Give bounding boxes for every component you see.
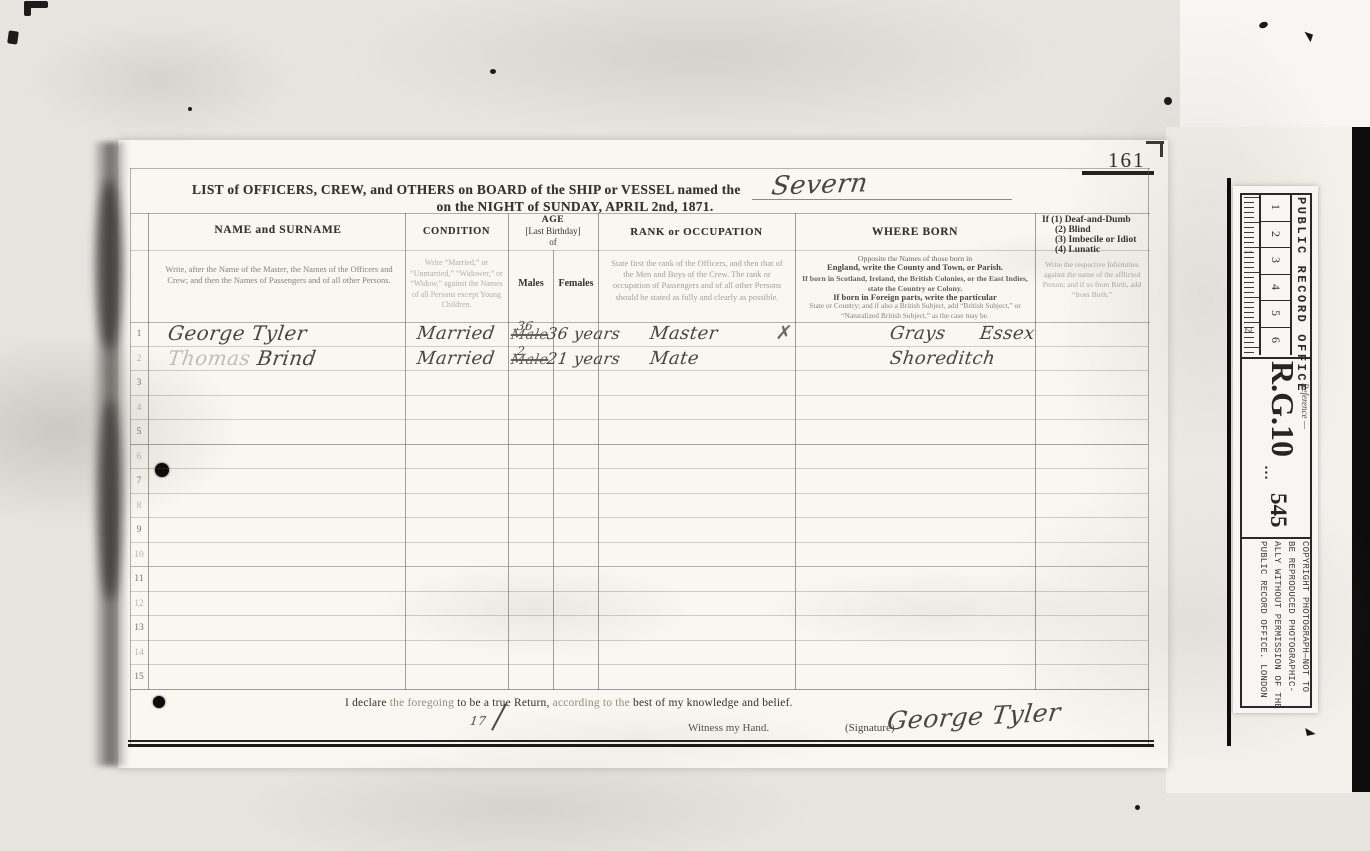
ruler-number: 2 — [1264, 231, 1288, 237]
copyright-line: ALLY WITHOUT PERMISSION OF THE — [1269, 541, 1283, 708]
cell-age-females — [551, 494, 599, 518]
cell-age-females — [551, 641, 599, 665]
grid-line — [130, 250, 1150, 251]
cell-name — [146, 567, 406, 591]
declaration-part: the foregoing — [390, 697, 457, 709]
note-infirmity: Write the respective Infirmities against… — [1042, 260, 1142, 300]
witness-text: Witness my Hand. — [688, 722, 769, 734]
table-row: 2 Thomas Brind Married 2Male 21 years Ma… — [130, 347, 1148, 372]
cell-condition — [403, 518, 509, 542]
ruler-cell: 1 — [1261, 195, 1290, 222]
cell-age-females — [551, 371, 599, 395]
ruler-number: 1 — [1264, 204, 1288, 210]
age-struck-word — [510, 572, 512, 588]
ruler-scale-label: 2 — [1243, 328, 1253, 333]
ruler-number-cells: 1 2 3 4 5 6 — [1259, 195, 1292, 355]
rank-value: Master — [649, 323, 720, 344]
cell-name — [146, 396, 406, 420]
cell-age-males — [506, 420, 554, 444]
cell-condition: Married — [403, 347, 509, 371]
cell-infirmity — [1033, 322, 1149, 346]
cell-name — [146, 445, 406, 469]
scan-artifact — [24, 1, 31, 16]
row-number: 14 — [130, 641, 148, 665]
cell-born — [793, 420, 1036, 444]
reference-series: R.G.10 — [1264, 361, 1301, 457]
table-row: 14 — [130, 641, 1148, 666]
ruler-medium-ticks — [1244, 197, 1259, 357]
table-row: 11 — [130, 567, 1148, 592]
cell-infirmity — [1033, 665, 1149, 689]
cell-born — [793, 543, 1036, 567]
cell-age-males — [506, 445, 554, 469]
cell-rank — [596, 371, 796, 395]
cell-age-females — [551, 518, 599, 542]
cell-born — [793, 396, 1036, 420]
cell-born — [793, 616, 1036, 640]
ruler-cell: 4 — [1261, 275, 1290, 302]
binding-shadow-blob — [98, 400, 122, 600]
age-struck-word — [510, 548, 512, 564]
cell-name — [146, 641, 406, 665]
cell-born — [793, 641, 1036, 665]
cell-age-males — [506, 396, 554, 420]
ruler-cell: 5 — [1261, 301, 1290, 328]
age-struck-word — [510, 401, 512, 417]
header-infirmity-line1: If (1) Deaf-and-Dumb — [1042, 215, 1131, 225]
row-number: 12 — [130, 592, 148, 616]
cell-born — [793, 592, 1036, 616]
cell-age-females — [551, 543, 599, 567]
header-name: NAME and SURNAME — [158, 224, 398, 236]
age-struck-word — [510, 376, 512, 392]
cell-condition — [403, 592, 509, 616]
header-age-line1: AGE — [508, 215, 598, 225]
cell-condition — [403, 567, 509, 591]
cell-name — [146, 543, 406, 567]
cell-born — [793, 445, 1036, 469]
cell-born: Shoreditch — [793, 347, 1036, 371]
row-number: 10 — [130, 543, 148, 567]
cell-age-males — [506, 592, 554, 616]
cell-age-females — [551, 469, 599, 493]
row-number: 11 — [130, 567, 148, 591]
row-number: 13 — [130, 616, 148, 640]
cell-condition — [403, 371, 509, 395]
cell-born — [793, 494, 1036, 518]
cell-rank — [596, 665, 796, 689]
cell-age-females: 36 years — [551, 322, 599, 346]
table-row: 3 — [130, 371, 1148, 396]
header-females: Females — [554, 278, 598, 289]
grid-line — [130, 213, 1150, 214]
header-infirmity-line4: (4) Lunatic — [1055, 245, 1100, 255]
cell-rank — [596, 469, 796, 493]
cell-name — [146, 420, 406, 444]
cell-infirmity — [1033, 469, 1149, 493]
cell-age-males — [506, 616, 554, 640]
age-struck-word — [510, 523, 512, 539]
table-row: 10 — [130, 543, 1148, 568]
scan-black-edge — [1352, 127, 1370, 792]
cell-name — [146, 518, 406, 542]
rank-value: Mate — [649, 348, 701, 369]
cell-name — [146, 665, 406, 689]
header-infirmity-line3: (3) Imbecile or Idiot — [1055, 235, 1136, 245]
cell-condition — [403, 616, 509, 640]
cell-name: Thomas Brind — [146, 347, 406, 371]
reference-dots: … — [1260, 465, 1277, 480]
copyright-line: PUBLIC RECORD OFFICE. LONDON — [1255, 541, 1269, 708]
header-rank: RANK or OCCUPATION — [598, 226, 795, 238]
card-edge-line — [1227, 178, 1231, 746]
table-row: 7 — [130, 469, 1148, 494]
check-mark: ✗ — [774, 322, 794, 345]
cell-infirmity — [1033, 371, 1149, 395]
table-row: 4 — [130, 396, 1148, 421]
table-row: 13 — [130, 616, 1148, 641]
cell-age-females — [551, 592, 599, 616]
ruler-cell: 6 — [1261, 328, 1290, 355]
ruler-scale-label: 1 — [1243, 250, 1253, 255]
age-struck-word: Male — [510, 352, 550, 368]
cell-rank: Master✗ — [596, 322, 796, 346]
ruler-cell: 2 — [1261, 222, 1290, 249]
cell-name — [146, 592, 406, 616]
cell-condition — [403, 445, 509, 469]
table-row: 5 — [130, 420, 1148, 445]
cell-age-males — [506, 494, 554, 518]
cell-rank — [596, 518, 796, 542]
age-struck-word — [510, 499, 512, 515]
cell-rank — [596, 641, 796, 665]
cell-age-males — [506, 567, 554, 591]
form-title-line1: LIST of OFFICERS, CREW, and OTHERS on BO… — [192, 182, 741, 198]
cell-born — [793, 567, 1036, 591]
cell-rank — [596, 420, 796, 444]
reference-piece-number: 545 — [1265, 493, 1291, 528]
age-struck-word — [510, 621, 512, 637]
cell-age-females: 21 years — [551, 347, 599, 371]
copyright-notice: COPYRIGHT PHOTOGRAPH—NOT TO BE REPRODUCE… — [1245, 541, 1311, 708]
cell-name — [146, 494, 406, 518]
ruler-number: 4 — [1264, 284, 1288, 290]
row-number: 3 — [130, 371, 148, 395]
cell-condition: Married — [403, 322, 509, 346]
table-row: 8 — [130, 494, 1148, 519]
row-number: 4 — [130, 396, 148, 420]
cell-name — [146, 469, 406, 493]
public-record-office-text: PUBLIC RECORD OFFICE — [1290, 197, 1312, 357]
name-faded-part: Thomas — [166, 346, 252, 370]
binding-shadow-blob — [96, 180, 122, 350]
cell-age-females — [551, 396, 599, 420]
age-struck-word — [510, 597, 512, 613]
cell-infirmity — [1033, 567, 1149, 591]
cell-rank — [596, 616, 796, 640]
row-number: 2 — [130, 347, 148, 371]
declaration-part: according to the — [553, 697, 633, 709]
cell-condition — [403, 494, 509, 518]
cell-age-males — [506, 469, 554, 493]
cell-rank — [596, 494, 796, 518]
border-dark-segment — [1082, 171, 1154, 175]
header-age-line3: of — [508, 237, 598, 247]
header-born: WHERE BORN — [795, 226, 1035, 238]
table-row: 6 — [130, 445, 1148, 470]
cell-condition — [403, 469, 509, 493]
age-struck-word: Male — [510, 327, 550, 343]
copyright-line: BE REPRODUCED PHOTOGRAPHIC- — [1283, 541, 1297, 708]
form-bottom-rule — [128, 744, 1154, 747]
cell-condition — [403, 665, 509, 689]
note-born-p3b: State or Country; and if also a British … — [798, 301, 1032, 321]
ruler-cell: 3 — [1261, 248, 1290, 275]
ruler-number: 5 — [1264, 310, 1288, 316]
cell-age-males — [506, 371, 554, 395]
ruler-number: 3 — [1264, 257, 1288, 263]
header-infirmity-line2: (2) Blind — [1055, 225, 1091, 235]
cell-infirmity — [1033, 494, 1149, 518]
cell-born — [793, 371, 1036, 395]
age-struck-word — [510, 646, 512, 662]
cell-age-males — [506, 543, 554, 567]
punch-hole — [153, 696, 165, 708]
header-condition: CONDITION — [405, 226, 508, 237]
cell-infirmity — [1033, 396, 1149, 420]
cell-age-females — [551, 420, 599, 444]
row-number: 9 — [130, 518, 148, 542]
table-row: 12 — [130, 592, 1148, 617]
vessel-name-handwritten: Severn — [770, 168, 870, 201]
form-bottom-rule — [128, 740, 1154, 742]
cell-rank — [596, 567, 796, 591]
scan-artifact — [7, 30, 19, 44]
row-number: 5 — [130, 420, 148, 444]
cell-infirmity — [1033, 641, 1149, 665]
grid-line — [130, 689, 1150, 690]
form-border-top — [130, 168, 1150, 169]
header-age-line2: [Last Birthday] — [508, 226, 598, 236]
note-rank: State first the rank of the Officers, an… — [606, 258, 788, 303]
note-born-p1b: England, write the County and Town, or P… — [800, 262, 1030, 273]
cell-infirmity — [1033, 420, 1149, 444]
cell-infirmity — [1033, 347, 1149, 371]
row-number: 7 — [130, 469, 148, 493]
cell-infirmity — [1033, 592, 1149, 616]
age-struck-word — [510, 474, 512, 490]
cell-name — [146, 616, 406, 640]
cell-name: George Tyler — [146, 322, 406, 346]
form-border-right — [1148, 168, 1149, 746]
sheet-corner-mark — [1160, 141, 1163, 157]
reference-block: Reference — R.G.10 … 545 — [1245, 361, 1311, 541]
scan-artifact — [188, 107, 192, 111]
table-body: 1 George Tyler Married 36Male 36 years M… — [130, 322, 1148, 690]
table-row: 1 George Tyler Married 36Male 36 years M… — [130, 322, 1148, 347]
card-section-divider — [1242, 537, 1310, 539]
reference-card-box: 1 2 1 2 3 4 5 6 PUBLIC RECORD OFFICE Ref… — [1240, 193, 1312, 708]
cell-condition — [403, 543, 509, 567]
cell-age-males — [506, 665, 554, 689]
age-struck-word — [510, 670, 512, 686]
cell-born — [793, 665, 1036, 689]
row-number: 1 — [130, 322, 148, 346]
scan-artifact — [1164, 97, 1172, 105]
cell-condition — [403, 641, 509, 665]
note-condition: Write “Married,” or “Unmarried,” “Widowe… — [410, 258, 503, 311]
cell-born: Grays Essex — [793, 322, 1036, 346]
cell-age-females — [551, 567, 599, 591]
table-row: 9 — [130, 518, 1148, 543]
note-name: Write, after the Name of the Master, the… — [165, 264, 393, 286]
age-struck-word — [510, 450, 512, 466]
declaration-part: I declare — [345, 697, 390, 709]
page-number: 161 — [1108, 148, 1146, 173]
cell-infirmity — [1033, 518, 1149, 542]
copyright-line: COPYRIGHT PHOTOGRAPH—NOT TO — [1297, 541, 1311, 708]
scan-artifact — [490, 69, 496, 74]
row-number: 15 — [130, 665, 148, 689]
row-number: 8 — [130, 494, 148, 518]
cell-name — [146, 371, 406, 395]
scan-margin-topright — [1180, 0, 1370, 127]
declaration-part: best of my knowledge and belief. — [633, 697, 793, 709]
cell-born — [793, 518, 1036, 542]
declaration-text: I declare the foregoing to be a true Ret… — [345, 697, 793, 709]
age-struck-word — [510, 425, 512, 441]
cell-rank — [596, 543, 796, 567]
cell-age-females — [551, 445, 599, 469]
cell-condition — [403, 420, 509, 444]
header-males: Males — [510, 278, 552, 289]
cell-rank — [596, 592, 796, 616]
cell-rank: Mate — [596, 347, 796, 371]
scan-artifact — [1135, 805, 1140, 810]
cell-rank — [596, 445, 796, 469]
cell-age-males — [506, 641, 554, 665]
cell-infirmity — [1033, 616, 1149, 640]
cell-age-females — [551, 665, 599, 689]
cell-infirmity — [1033, 445, 1149, 469]
reference-label: Reference — — [1300, 383, 1310, 429]
cell-age-males — [506, 518, 554, 542]
ruler-number: 6 — [1264, 337, 1288, 343]
cell-rank — [596, 396, 796, 420]
cell-age-females — [551, 616, 599, 640]
cell-condition — [403, 396, 509, 420]
row-number: 6 — [130, 445, 148, 469]
table-row: 15 — [130, 665, 1148, 690]
card-section-divider — [1242, 357, 1310, 359]
name-part: George Tyler — [166, 321, 308, 345]
name-part: Brind — [256, 346, 318, 370]
cell-born — [793, 469, 1036, 493]
scanned-census-page: 161 LIST of OFFICERS, CREW, and OTHERS o… — [0, 0, 1370, 851]
pencil-mark: 17 — [469, 714, 487, 728]
cell-infirmity — [1033, 543, 1149, 567]
